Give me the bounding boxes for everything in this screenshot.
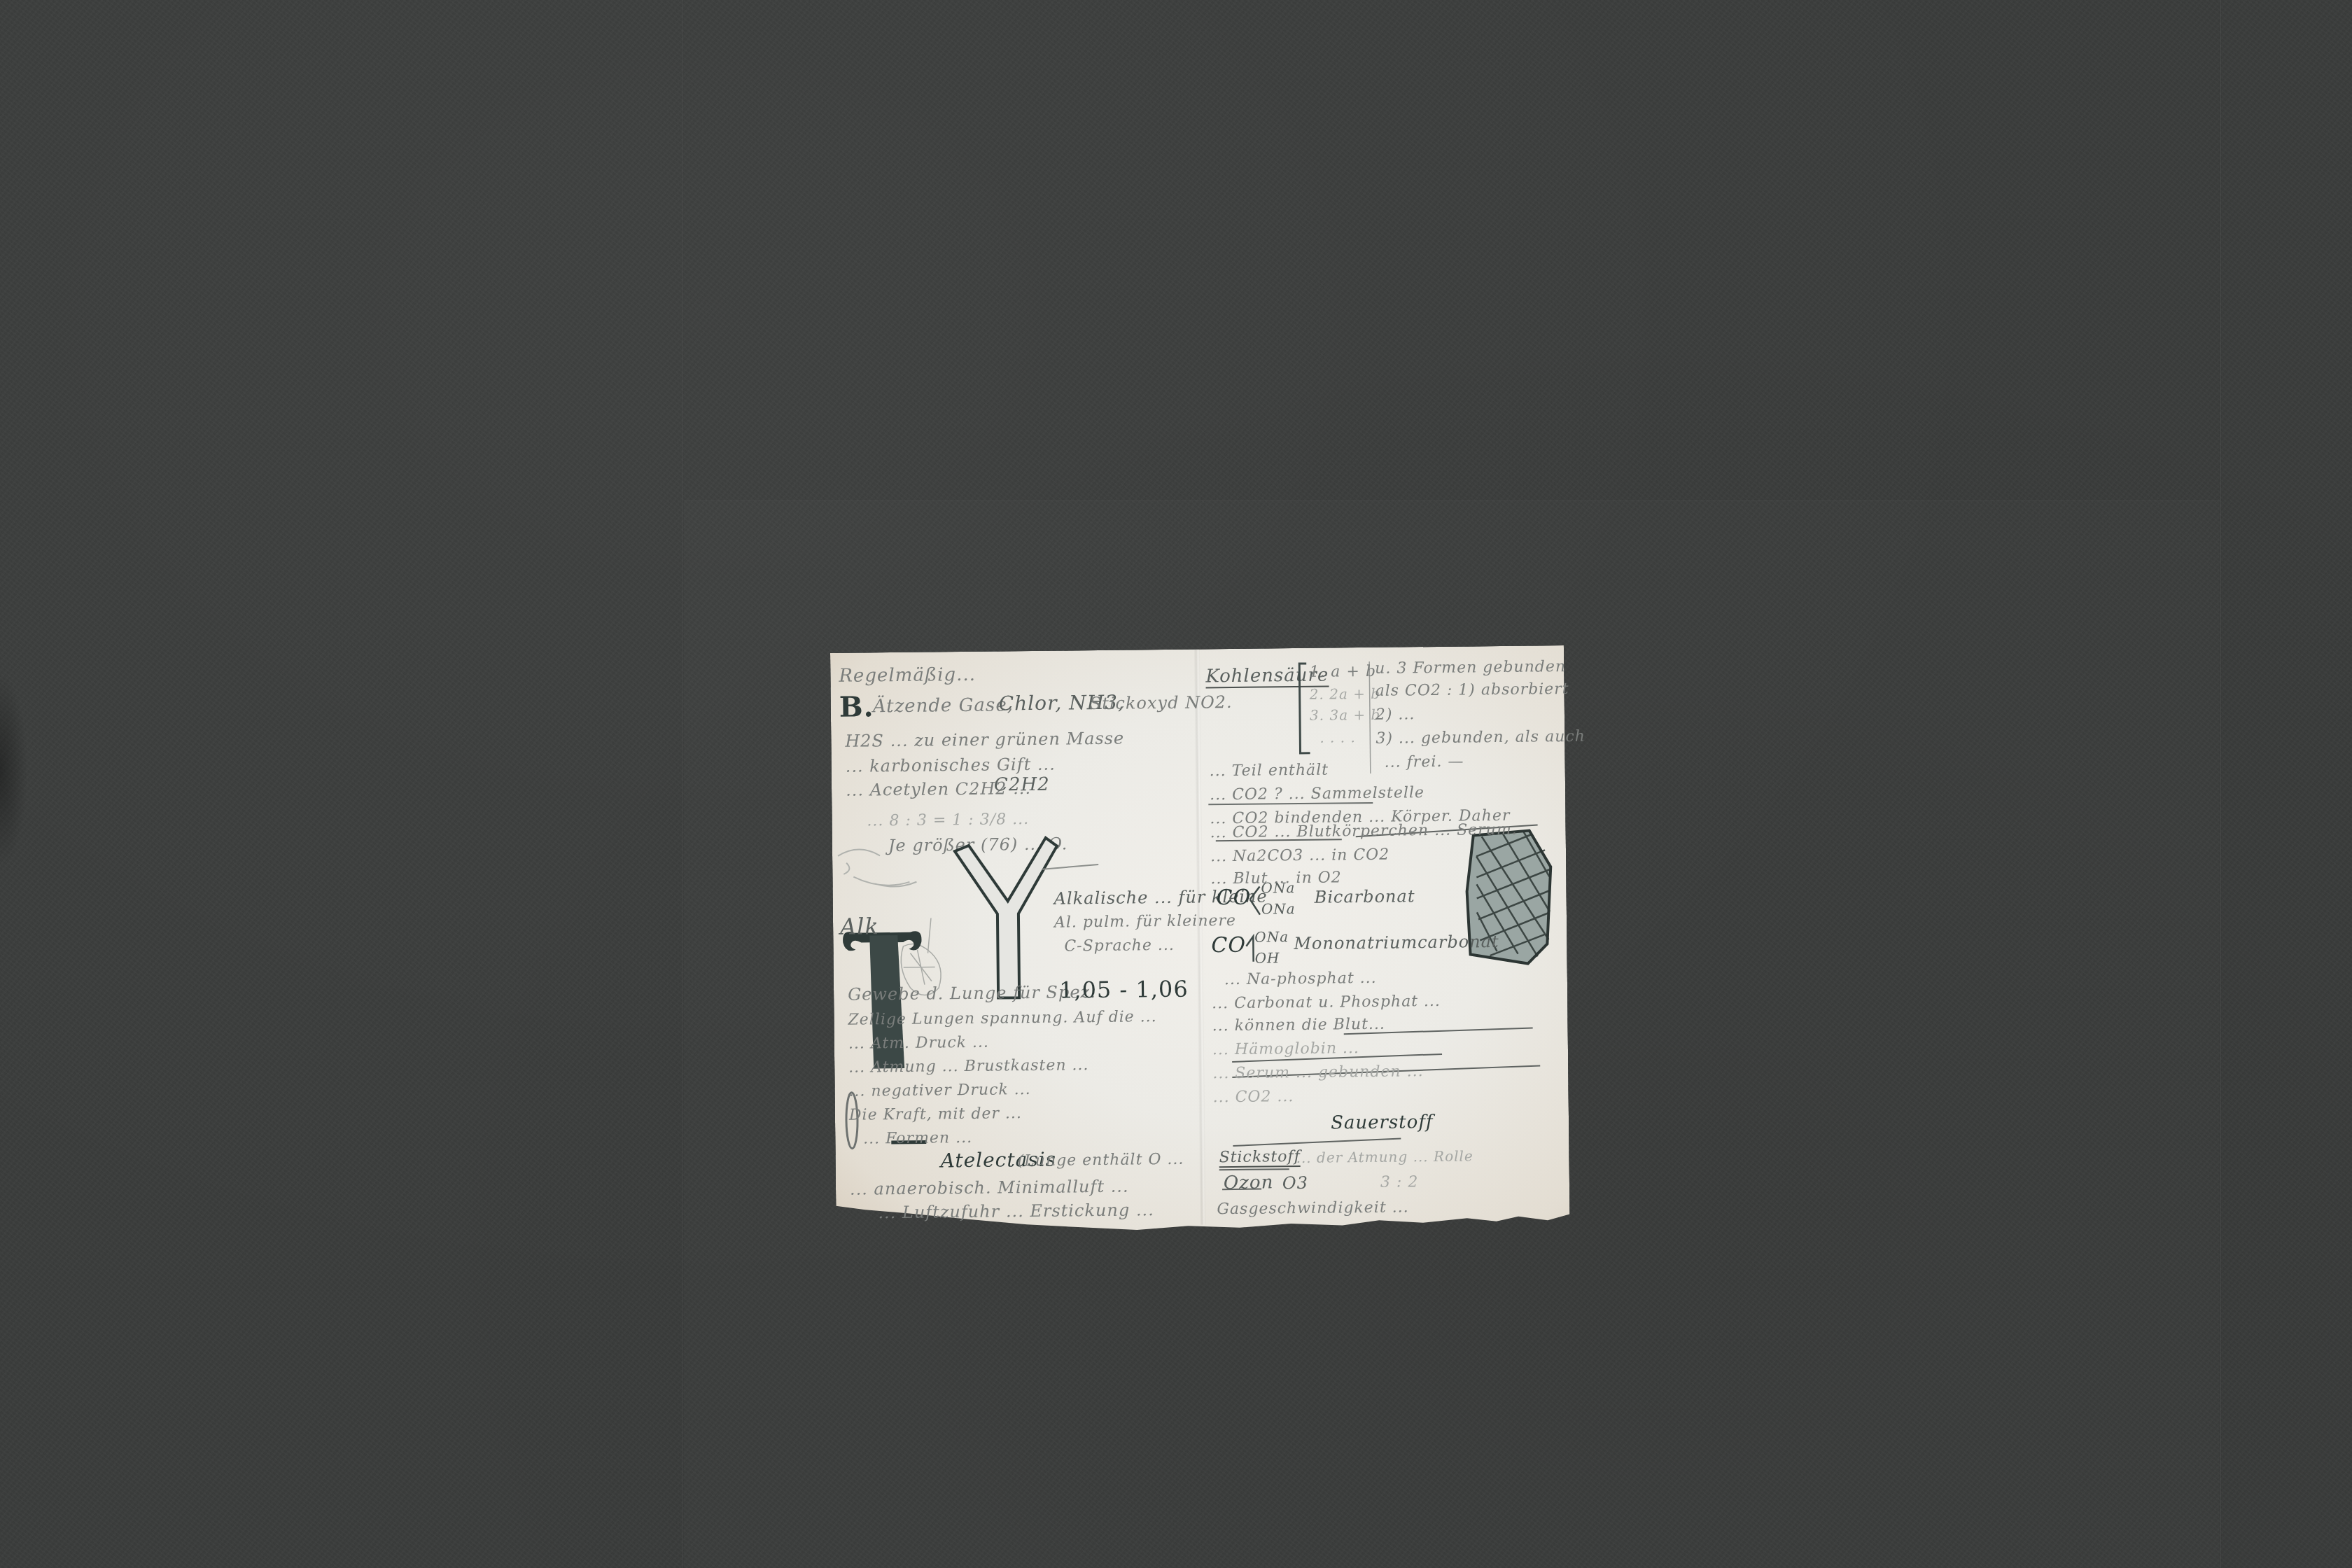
handwritten-line: ... Hämoglobin ...	[1212, 1039, 1359, 1058]
bicarbonat-text: Bicarbonat	[1315, 886, 1415, 907]
handwritten-line: als CO2 : 1) absorbiert	[1375, 680, 1569, 700]
handwritten-line: ... können die Blut...	[1212, 1016, 1385, 1035]
handwritten-line: ... CO2 ... Blutkörperchen ... Serum.	[1210, 821, 1518, 842]
handwritten-line: ... der Atmung ... Rolle	[1296, 1147, 1473, 1166]
bracket-icon	[1299, 664, 1310, 753]
handwritten-line: ... Serum ... gebunden ...	[1212, 1063, 1424, 1082]
edge-shadow	[0, 672, 28, 868]
handwritten-line: ... CO2 ? ... Sammelstelle	[1210, 784, 1424, 804]
oh-label: OH	[1254, 949, 1280, 966]
handwritten-line: ... Atmung ... Brustkasten ...	[848, 1056, 1089, 1077]
handwritten-line: ... negativer Druck ...	[848, 1081, 1030, 1100]
handwritten-line: Zellige Lungen spannung. Auf die ...	[848, 1008, 1157, 1029]
bronchi-y-sketch-icon	[955, 838, 1058, 999]
value-range: 1,05 - 1,06	[1059, 976, 1189, 1004]
handwritten-line: Die Kraft, mit der ...	[849, 1105, 1022, 1124]
handwritten-line: ... Na2CO3 ... in CO2	[1210, 846, 1389, 866]
co-formula-bottom: CO	[1211, 933, 1246, 958]
handwritten-line: (Lunge enthält O ...	[1017, 1151, 1184, 1170]
handwritten-line: 3) ... gebunden, als auch	[1375, 728, 1585, 748]
sauerstoff-text: Sauerstoff	[1331, 1112, 1434, 1134]
handwritten-line: ... Carbonat u. Phosphat ...	[1212, 993, 1441, 1012]
backdrop-seam-right	[2220, 0, 2222, 1568]
o3-formula: O3	[1282, 1173, 1308, 1193]
alkali-label: Alk	[840, 913, 879, 940]
manuscript-sheet: Regelmäßig... B. Ätzende Gase, Chlor, NH…	[830, 645, 1570, 1242]
handwritten-line: 2) ...	[1375, 706, 1415, 724]
bracket-item: 3. 3a + b	[1310, 706, 1381, 724]
handwritten-line: Gasgeschwindigkeit ...	[1217, 1198, 1409, 1218]
left-page: Regelmäßig... B. Ätzende Gase, Chlor, NH…	[830, 650, 1200, 1242]
handwritten-line: ... anaerobisch. Minimalluft ...	[850, 1177, 1129, 1199]
handwritten-line: C-Sprache ...	[1064, 937, 1175, 955]
right-page: Kohlensäure	[1200, 645, 1570, 1238]
co-formula-top: CO	[1217, 885, 1252, 911]
faint-face-sketch-icon	[838, 849, 917, 888]
stickstoff-text: Stickstoff	[1219, 1148, 1301, 1168]
mononatrium-text: Mononatriumcarbonat	[1294, 932, 1499, 953]
ona-label: ONa	[1254, 928, 1289, 946]
handwritten-line: u. 3 Formen gebunden	[1375, 658, 1566, 678]
handwritten-line: ... Formen ...	[863, 1129, 972, 1148]
handwritten-line: ... Teil enthält	[1210, 762, 1329, 780]
handwritten-line: ... frei. —	[1385, 753, 1464, 771]
handwritten-line: ... CO2 ...	[1213, 1088, 1294, 1106]
bracket-item: 1. a + b	[1309, 663, 1376, 681]
ratio-text: 3 : 2	[1380, 1173, 1419, 1191]
ona-label: ONa	[1261, 879, 1295, 897]
handwritten-line: ... Na-phosphat ...	[1224, 969, 1377, 988]
bracket-item: 2. 2a + b	[1310, 685, 1381, 703]
handwritten-line: ... Luftzufuhr ... Erstickung ...	[878, 1200, 1154, 1222]
ozon-text: Ozon	[1224, 1172, 1274, 1193]
bracket-item: . . . .	[1319, 729, 1356, 746]
ona-label: ONa	[1261, 900, 1296, 918]
handwritten-line: ... Atm. Druck ...	[848, 1034, 989, 1053]
backdrop-seam-left	[682, 0, 684, 1568]
